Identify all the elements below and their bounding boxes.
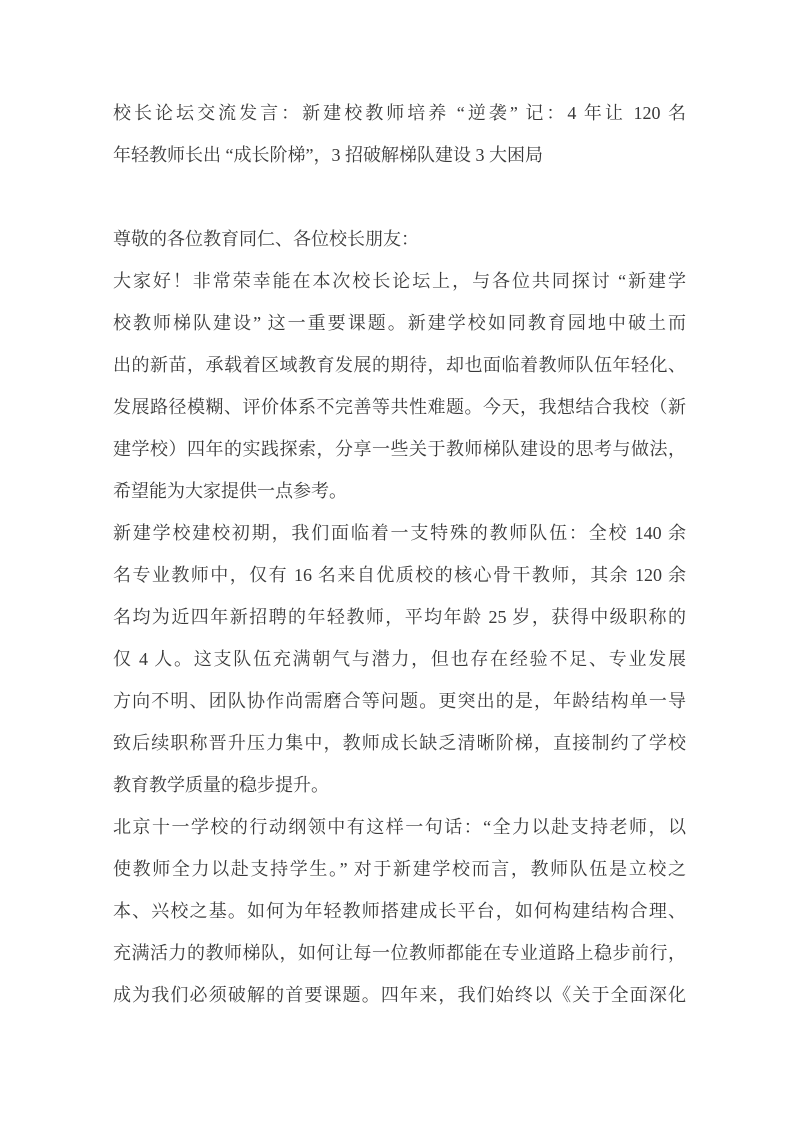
paragraph-line: 新建学校建校初期，我们面临着一支特殊的教师队伍：全校 140 余 xyxy=(113,512,686,554)
paragraph-line: 使教师全力以赴支持学生。” 对于新建学校而言，教师队伍是立校之 xyxy=(113,848,686,890)
paragraph-line: 名均为近四年新招聘的年轻教师，平均年龄 25 岁，获得中级职称的 xyxy=(113,596,686,638)
paragraph-line: 希望能为大家提供一点参考。 xyxy=(113,470,686,512)
paragraph-line: 大家好！非常荣幸能在本次校长论坛上，与各位共同探讨 “新建学 xyxy=(113,260,686,302)
paragraph-line: 北京十一学校的行动纲领中有这样一句话：“全力以赴支持老师，以 xyxy=(113,806,686,848)
paragraph-line: 教育教学质量的稳步提升。 xyxy=(113,764,686,806)
document-text: 校长论坛交流发言：新建校教师培养 “逆袭” 记：4 年让 120 名 年轻教师长… xyxy=(113,92,686,1016)
salutation-line: 尊敬的各位教育同仁、各位校长朋友： xyxy=(113,218,686,260)
paragraph-line: 名专业教师中，仅有 16 名来自优质校的核心骨干教师，其余 120 余 xyxy=(113,554,686,596)
paragraph-line: 校教师梯队建设” 这一重要课题。新建学校如同教育园地中破土而 xyxy=(113,302,686,344)
paragraph-line: 发展路径模糊、评价体系不完善等共性难题。今天，我想结合我校（新 xyxy=(113,386,686,428)
paragraph-line: 仅 4 人。这支队伍充满朝气与潜力，但也存在经验不足、专业发展 xyxy=(113,638,686,680)
title-line-1: 校长论坛交流发言：新建校教师培养 “逆袭” 记：4 年让 120 名 xyxy=(113,92,686,134)
document-page: 校长论坛交流发言：新建校教师培养 “逆袭” 记：4 年让 120 名 年轻教师长… xyxy=(0,0,793,1122)
title-line-2: 年轻教师长出 “成长阶梯”，3 招破解梯队建设 3 大困局 xyxy=(113,134,686,176)
paragraph-line: 致后续职称晋升压力集中，教师成长缺乏清晰阶梯，直接制约了学校 xyxy=(113,722,686,764)
paragraph-line: 方向不明、团队协作尚需磨合等问题。更突出的是，年龄结构单一导 xyxy=(113,680,686,722)
blank-line xyxy=(113,176,686,218)
paragraph-line: 充满活力的教师梯队，如何让每一位教师都能在专业道路上稳步前行， xyxy=(113,932,686,974)
paragraph-line: 成为我们必须破解的首要课题。四年来，我们始终以《关于全面深化 xyxy=(113,974,686,1016)
paragraph-line: 建学校）四年的实践探索，分享一些关于教师梯队建设的思考与做法， xyxy=(113,428,686,470)
paragraph-line: 本、兴校之基。如何为年轻教师搭建成长平台，如何构建结构合理、 xyxy=(113,890,686,932)
paragraph-line: 出的新苗，承载着区域教育发展的期待，却也面临着教师队伍年轻化、 xyxy=(113,344,686,386)
